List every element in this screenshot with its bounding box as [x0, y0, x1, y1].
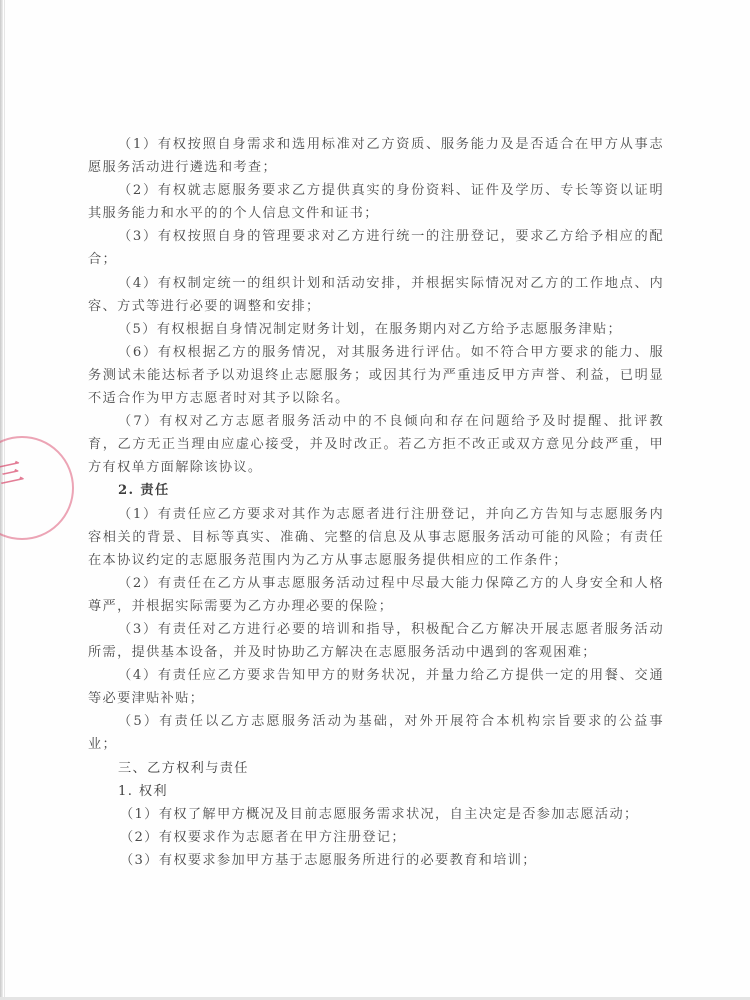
party-a-responsibility-4: （4）有责任应乙方要求告知甲方的财务状况，并量力给乙方提供一定的用餐、交通等必要… [88, 664, 664, 710]
rights-heading: 1. 权利 [88, 780, 664, 803]
party-a-responsibility-2: （2）有责任在乙方从事志愿服务活动过程中尽最大能力保障乙方的人身安全和人格尊严，… [88, 572, 664, 618]
party-a-right-2: （2）有权就志愿服务要求乙方提供真实的身份资料、证件及学历、专长等资以证明其服务… [88, 179, 664, 225]
party-a-right-7: （7）有权对乙方志愿者服务活动中的不良倾向和存在问题给予及时提醒、批评教育，乙方… [88, 410, 664, 479]
party-b-right-3: （3）有权要求参加甲方基于志愿服务所进行的必要教育和培训； [88, 849, 664, 872]
party-a-responsibility-1: （1）有责任应乙方要求对其作为志愿者进行注册登记，并向乙方告知与志愿服务内容相关… [88, 503, 664, 572]
party-a-responsibility-5: （5）有责任以乙方志愿服务活动为基础，对外开展符合本机构宗旨要求的公益事业； [88, 710, 664, 756]
document-page: 三 （1）有权按照自身需求和选用标准对乙方资质、服务能力及是否适合在甲方从事志愿… [0, 0, 750, 1000]
party-b-right-2: （2）有权要求作为志愿者在甲方注册登记； [88, 826, 664, 849]
responsibility-heading: 2. 责任 [88, 479, 664, 502]
party-b-right-1: （1）有权了解甲方概况及目前志愿服务需求状况，自主决定是否参加志愿活动； [88, 803, 664, 826]
party-a-right-3: （3）有权按照自身的管理要求对乙方进行统一的注册登记，要求乙方给予相应的配合； [88, 225, 664, 271]
party-a-responsibility-3: （3）有责任对乙方进行必要的培训和指导，积极配合乙方解决开展志愿者服务活动所需，… [88, 618, 664, 664]
section-three-heading: 三、乙方权利与责任 [88, 757, 664, 780]
red-seal-stamp-icon: 三 [0, 436, 74, 540]
party-a-right-4: （4）有权制定统一的组织计划和活动安排，并根据实际情况对乙方的工作地点、内容、方… [88, 272, 664, 318]
party-a-right-6: （6）有权根据乙方的服务情况，对其服务进行评估。如不符合甲方要求的能力、服务测试… [88, 341, 664, 410]
party-a-right-5: （5）有权根据自身情况制定财务计划，在服务期内对乙方给予志愿服务津贴； [88, 318, 664, 341]
stamp-text: 三 [0, 455, 44, 521]
party-a-right-1: （1）有权按照自身需求和选用标准对乙方资质、服务能力及是否适合在甲方从事志愿服务… [88, 133, 664, 179]
document-body: （1）有权按照自身需求和选用标准对乙方资质、服务能力及是否适合在甲方从事志愿服务… [88, 133, 664, 872]
